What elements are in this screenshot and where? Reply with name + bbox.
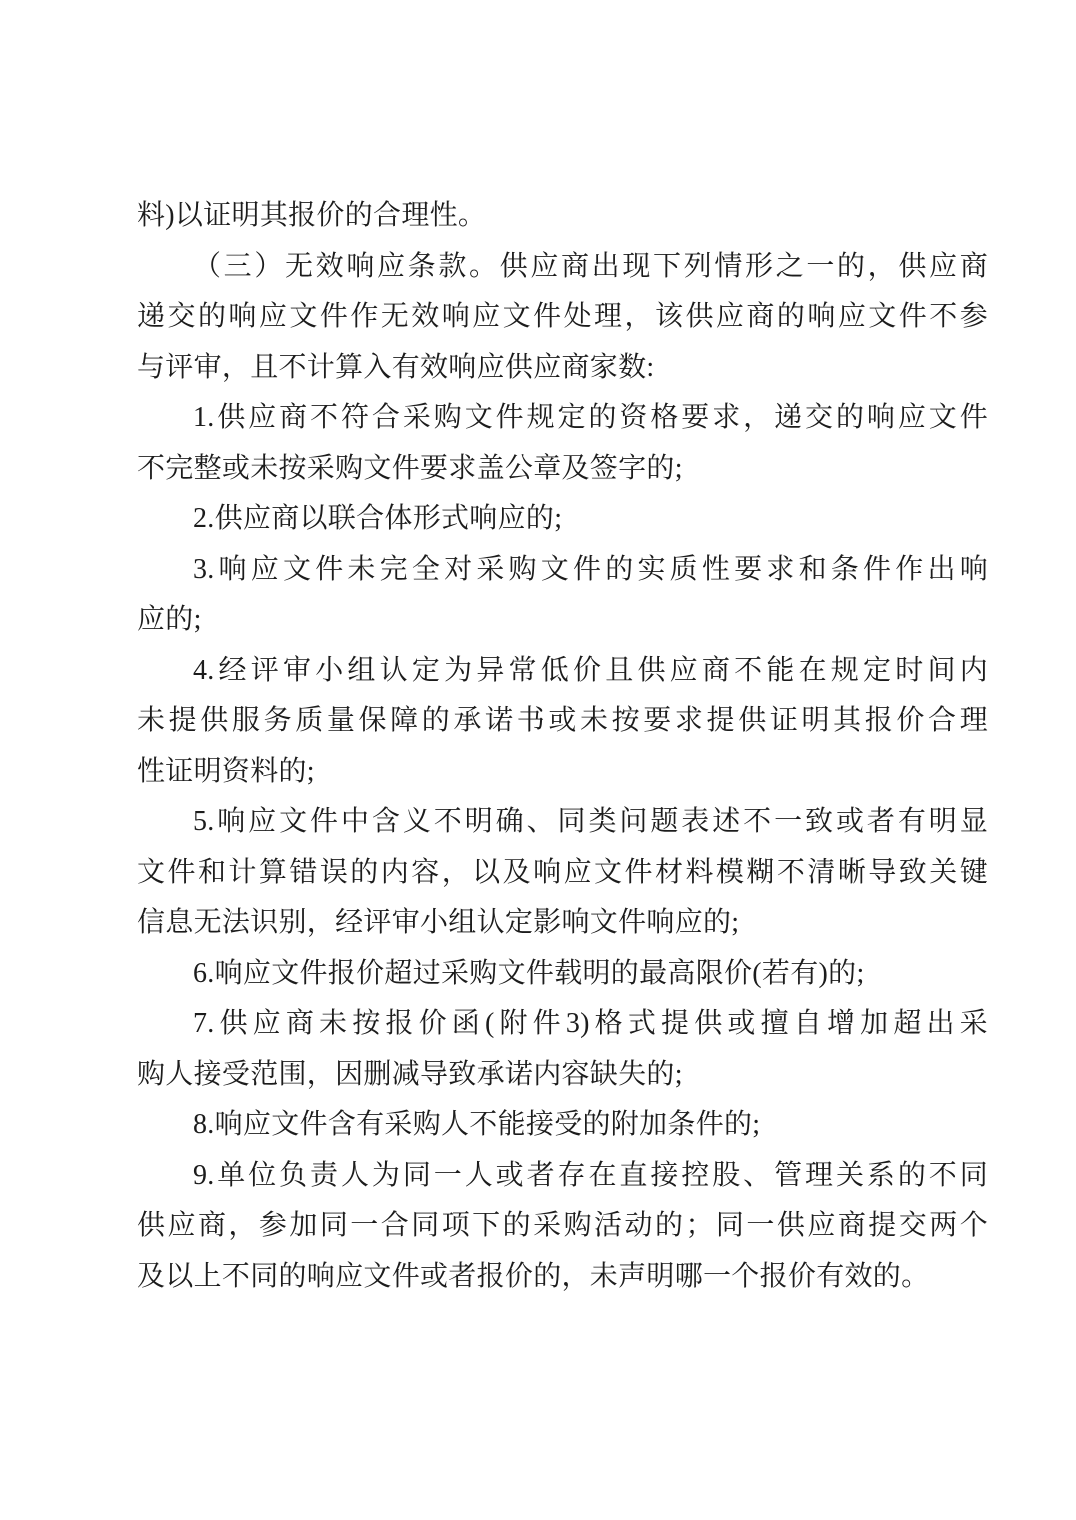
text-line: 文件和计算错误的内容，以及响应文件材料模糊不清晰导致关键 (137, 848, 988, 899)
text-line: 3.响应文件未完全对采购文件的实质性要求和条件作出响 (137, 545, 988, 596)
text-line: 9.单位负责人为同一人或者存在直接控股、管理关系的不同 (137, 1151, 988, 1202)
paragraph: 4.经评审小组认定为异常低价且供应商不能在规定时间内未提供服务质量保障的承诺书或… (137, 646, 988, 798)
paragraph: 8.响应文件含有采购人不能接受的附加条件的; (137, 1100, 988, 1151)
paragraph: （三）无效响应条款。供应商出现下列情形之一的，供应商递交的响应文件作无效响应文件… (137, 242, 988, 394)
text-line: 递交的响应文件作无效响应文件处理，该供应商的响应文件不参 (137, 292, 988, 343)
text-block: 料)以证明其报价的合理性。（三）无效响应条款。供应商出现下列情形之一的，供应商递… (137, 191, 988, 1302)
text-line: （三）无效响应条款。供应商出现下列情形之一的，供应商 (137, 242, 988, 293)
paragraph: 6.响应文件报价超过采购文件载明的最高限价(若有)的; (137, 949, 988, 1000)
paragraph: 3.响应文件未完全对采购文件的实质性要求和条件作出响应的; (137, 545, 988, 646)
text-line: 不完整或未按采购文件要求盖公章及签字的; (137, 444, 988, 495)
text-line: 4.经评审小组认定为异常低价且供应商不能在规定时间内 (137, 646, 988, 697)
text-line: 信息无法识别，经评审小组认定影响文件响应的; (137, 898, 988, 949)
text-line: 未提供服务质量保障的承诺书或未按要求提供证明其报价合理 (137, 696, 988, 747)
paragraph: 2.供应商以联合体形式响应的; (137, 494, 988, 545)
text-line: 供应商，参加同一合同项下的采购活动的；同一供应商提交两个 (137, 1201, 988, 1252)
text-line: 6.响应文件报价超过采购文件载明的最高限价(若有)的; (137, 949, 988, 1000)
text-line: 应的; (137, 595, 988, 646)
text-line: 1.供应商不符合采购文件规定的资格要求，递交的响应文件 (137, 393, 988, 444)
text-line: 性证明资料的; (137, 747, 988, 798)
text-line: 7.供应商未按报价函(附件3)格式提供或擅自增加超出采 (137, 999, 988, 1050)
text-line: 2.供应商以联合体形式响应的; (137, 494, 988, 545)
text-line: 及以上不同的响应文件或者报价的，未声明哪一个报价有效的。 (137, 1252, 988, 1303)
document-page: 料)以证明其报价的合理性。（三）无效响应条款。供应商出现下列情形之一的，供应商递… (0, 0, 1076, 1520)
paragraph: 料)以证明其报价的合理性。 (137, 191, 988, 242)
text-line: 购人接受范围，因删减导致承诺内容缺失的; (137, 1050, 988, 1101)
paragraph: 1.供应商不符合采购文件规定的资格要求，递交的响应文件不完整或未按采购文件要求盖… (137, 393, 988, 494)
paragraph: 9.单位负责人为同一人或者存在直接控股、管理关系的不同供应商，参加同一合同项下的… (137, 1151, 988, 1303)
text-line: 与评审，且不计算入有效响应供应商家数: (137, 343, 988, 394)
text-line: 料)以证明其报价的合理性。 (137, 191, 988, 242)
paragraph: 7.供应商未按报价函(附件3)格式提供或擅自增加超出采购人接受范围，因删减导致承… (137, 999, 988, 1100)
paragraph: 5.响应文件中含义不明确、同类问题表述不一致或者有明显文件和计算错误的内容，以及… (137, 797, 988, 949)
text-line: 8.响应文件含有采购人不能接受的附加条件的; (137, 1100, 988, 1151)
text-line: 5.响应文件中含义不明确、同类问题表述不一致或者有明显 (137, 797, 988, 848)
